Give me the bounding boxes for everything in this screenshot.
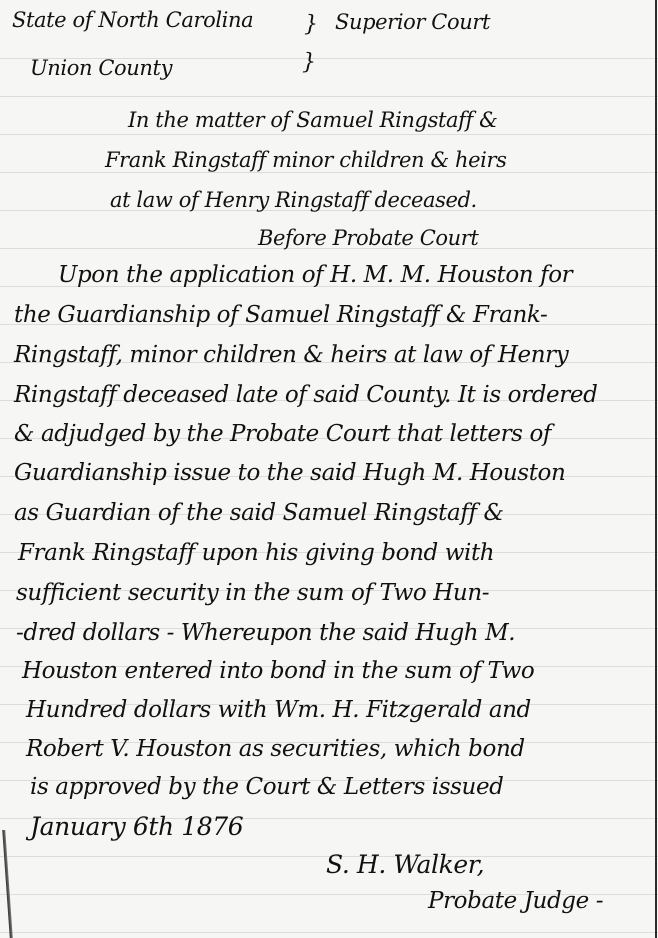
body-line: Guardianship issue to the said Hugh M. H… xyxy=(14,460,565,486)
body-line: & adjudged by the Probate Court that let… xyxy=(14,421,551,447)
body-line: Ringstaff, minor children & heirs at law… xyxy=(14,342,568,368)
header-state: State of North Carolina xyxy=(12,8,253,32)
caption-line: Frank Ringstaff minor children & heirs xyxy=(105,148,507,172)
binding-mark xyxy=(2,830,13,938)
body-line: -dred dollars - Whereupon the said Hugh … xyxy=(16,620,515,646)
page-right-border xyxy=(655,0,657,938)
header-brace-2: } xyxy=(302,50,316,75)
signature-name: S. H. Walker, xyxy=(326,850,484,879)
body-line: the Guardianship of Samuel Ringstaff & F… xyxy=(14,302,547,328)
body-line: Ringstaff deceased late of said County. … xyxy=(14,382,597,408)
header-court: Superior Court xyxy=(335,10,490,34)
caption-line: at law of Henry Ringstaff deceased. xyxy=(110,188,477,212)
body-line: Robert V. Houston as securities, which b… xyxy=(26,736,525,762)
body-line: Houston entered into bond in the sum of … xyxy=(22,658,534,684)
body-line: Upon the application of H. M. M. Houston… xyxy=(58,262,572,288)
header-brace: } xyxy=(304,12,318,37)
document-date: January 6th 1876 xyxy=(30,812,243,841)
caption-line: In the matter of Samuel Ringstaff & xyxy=(128,108,497,132)
body-line: sufficient security in the sum of Two Hu… xyxy=(16,580,489,606)
document-page: State of North Carolina } Superior Court… xyxy=(0,0,658,938)
body-line: Hundred dollars with Wm. H. Fitzgerald a… xyxy=(26,697,531,723)
caption-before-court: Before Probate Court xyxy=(258,226,478,250)
signature-title: Probate Judge - xyxy=(428,888,603,914)
body-line: is approved by the Court & Letters issue… xyxy=(30,774,504,800)
header-county: Union County xyxy=(30,56,172,80)
body-line: as Guardian of the said Samuel Ringstaff… xyxy=(14,500,504,526)
body-line: Frank Ringstaff upon his giving bond wit… xyxy=(18,540,494,566)
